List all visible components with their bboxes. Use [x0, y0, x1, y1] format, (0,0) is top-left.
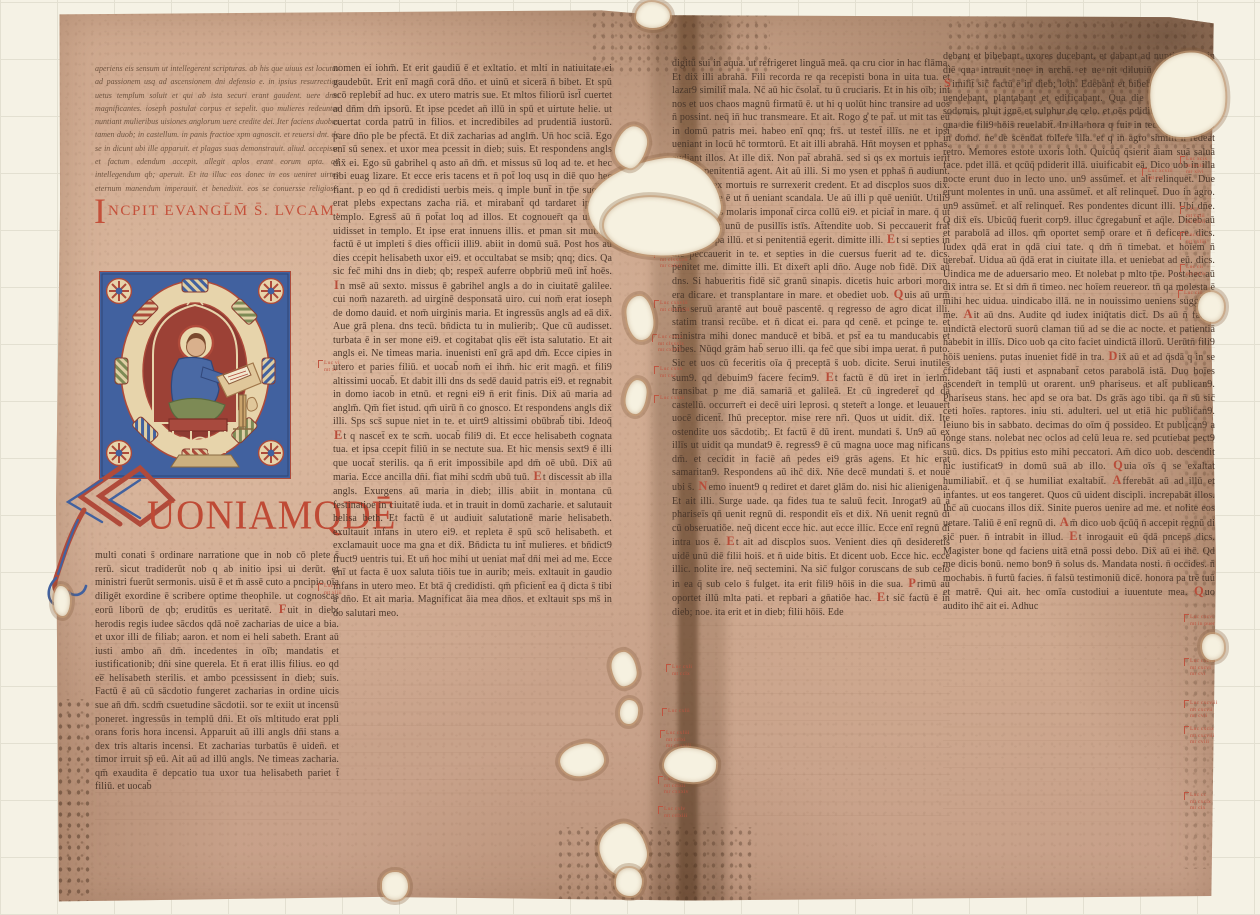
parchment-hole	[54, 586, 70, 616]
rubric-text: NCPIT EVANGL̄M̄ S̄. LVCAM.	[108, 203, 341, 219]
text-column-1: multi conati s̄ ordinare narratione que …	[95, 549, 339, 823]
text-column-3: digitū sui in aqua. ut refrigeret linguā…	[672, 57, 950, 825]
canon-table-note: Luc cxxviii mt clxxxviii	[660, 300, 690, 313]
red-initial: A	[1059, 515, 1070, 529]
red-initial: F	[278, 602, 288, 616]
canon-table-note: Luc cxxxi	[660, 395, 684, 402]
red-initial: E	[1068, 529, 1078, 543]
red-initial: P	[907, 576, 917, 590]
rubric-initial-i: I	[94, 196, 106, 226]
red-initial: E	[876, 590, 886, 604]
bench-cushion	[169, 419, 227, 431]
canon-table-note: Luc cxli mt cclx	[672, 664, 692, 677]
red-initial: A	[962, 307, 973, 321]
canon-table-note: Luc cxcix mt cxcviii mr cviii	[1190, 726, 1215, 746]
canon-table-note: Luc ciii	[1184, 290, 1203, 297]
canon-table-note: Luc cxxix mt clxxxix mr cxlviii	[658, 334, 684, 354]
canon-table-note: Luc cxlii	[668, 708, 690, 715]
red-initial: Q	[1112, 458, 1124, 472]
evangelist-portrait-miniature	[99, 271, 291, 479]
canon-table-note: Luc cxcvii mt cxcvi mr cvi	[1190, 658, 1216, 678]
parchment-hole	[382, 872, 408, 900]
canon-table-note: Luc x mt xliii	[324, 583, 342, 596]
parchment-hole	[636, 2, 670, 28]
red-initial: A	[1111, 473, 1122, 487]
red-initial: E	[824, 370, 834, 384]
red-initial: E	[886, 232, 896, 246]
canon-table-note: Luc cxlv mt cclxiii	[664, 806, 687, 819]
canon-table-note: Luc c mt cxlii mr xlvii	[1186, 206, 1205, 226]
parchment-hole	[616, 868, 642, 896]
text-column-2: nomen ei iohm̄. Et erit gaudiū ē et exlt…	[333, 62, 612, 810]
red-initial: E	[725, 534, 735, 548]
canon-table-note: Luc xcix mt cxli mr xlvi	[1186, 156, 1207, 176]
parchment-hole	[1202, 634, 1224, 660]
left-edge-speckles	[56, 699, 90, 905]
canon-table-note: Luc xcviii mt cxl	[1148, 168, 1173, 181]
canon-table-note: Luc cc mt cxcix mr cix	[1190, 792, 1211, 812]
parchment-hole	[1198, 292, 1224, 322]
canon-table-note: Luc ci mt cxliii	[1186, 232, 1207, 245]
canon-table-note: Luc cxcvi mt in puer	[1190, 614, 1215, 627]
red-initial: E	[333, 428, 343, 442]
red-initial: N	[697, 479, 708, 493]
red-initial: Q	[1193, 584, 1205, 598]
red-initial: Q	[893, 287, 905, 301]
red-initial: S	[943, 76, 952, 90]
red-initial: D	[1107, 349, 1118, 363]
footstool	[171, 455, 239, 467]
text-column-4: debant et bibebant. uxores ducebant. et …	[943, 50, 1215, 822]
red-initial: I	[333, 278, 340, 292]
red-initial: E	[532, 469, 542, 483]
canon-table-note: Luc vi mt xi	[324, 360, 340, 373]
canon-table-note: Luc cxcviii mt cxcvii mr cvii	[1190, 700, 1218, 720]
canon-table-note: Luc cxxx mt cxc	[660, 366, 683, 379]
rubric-incipit: INCPIT EVANGL̄M̄ S̄. LVCAM.	[94, 196, 352, 226]
illuminated-initial-q	[99, 271, 291, 479]
canon-table-note: Luc cii mt cxliv	[1186, 264, 1206, 277]
page-background: { "rubric": {"initial":"I","text":"NCPIT…	[0, 0, 1260, 915]
argumentum-prologue-text: aperiens eis sensum ut intellegerent scr…	[95, 62, 339, 195]
